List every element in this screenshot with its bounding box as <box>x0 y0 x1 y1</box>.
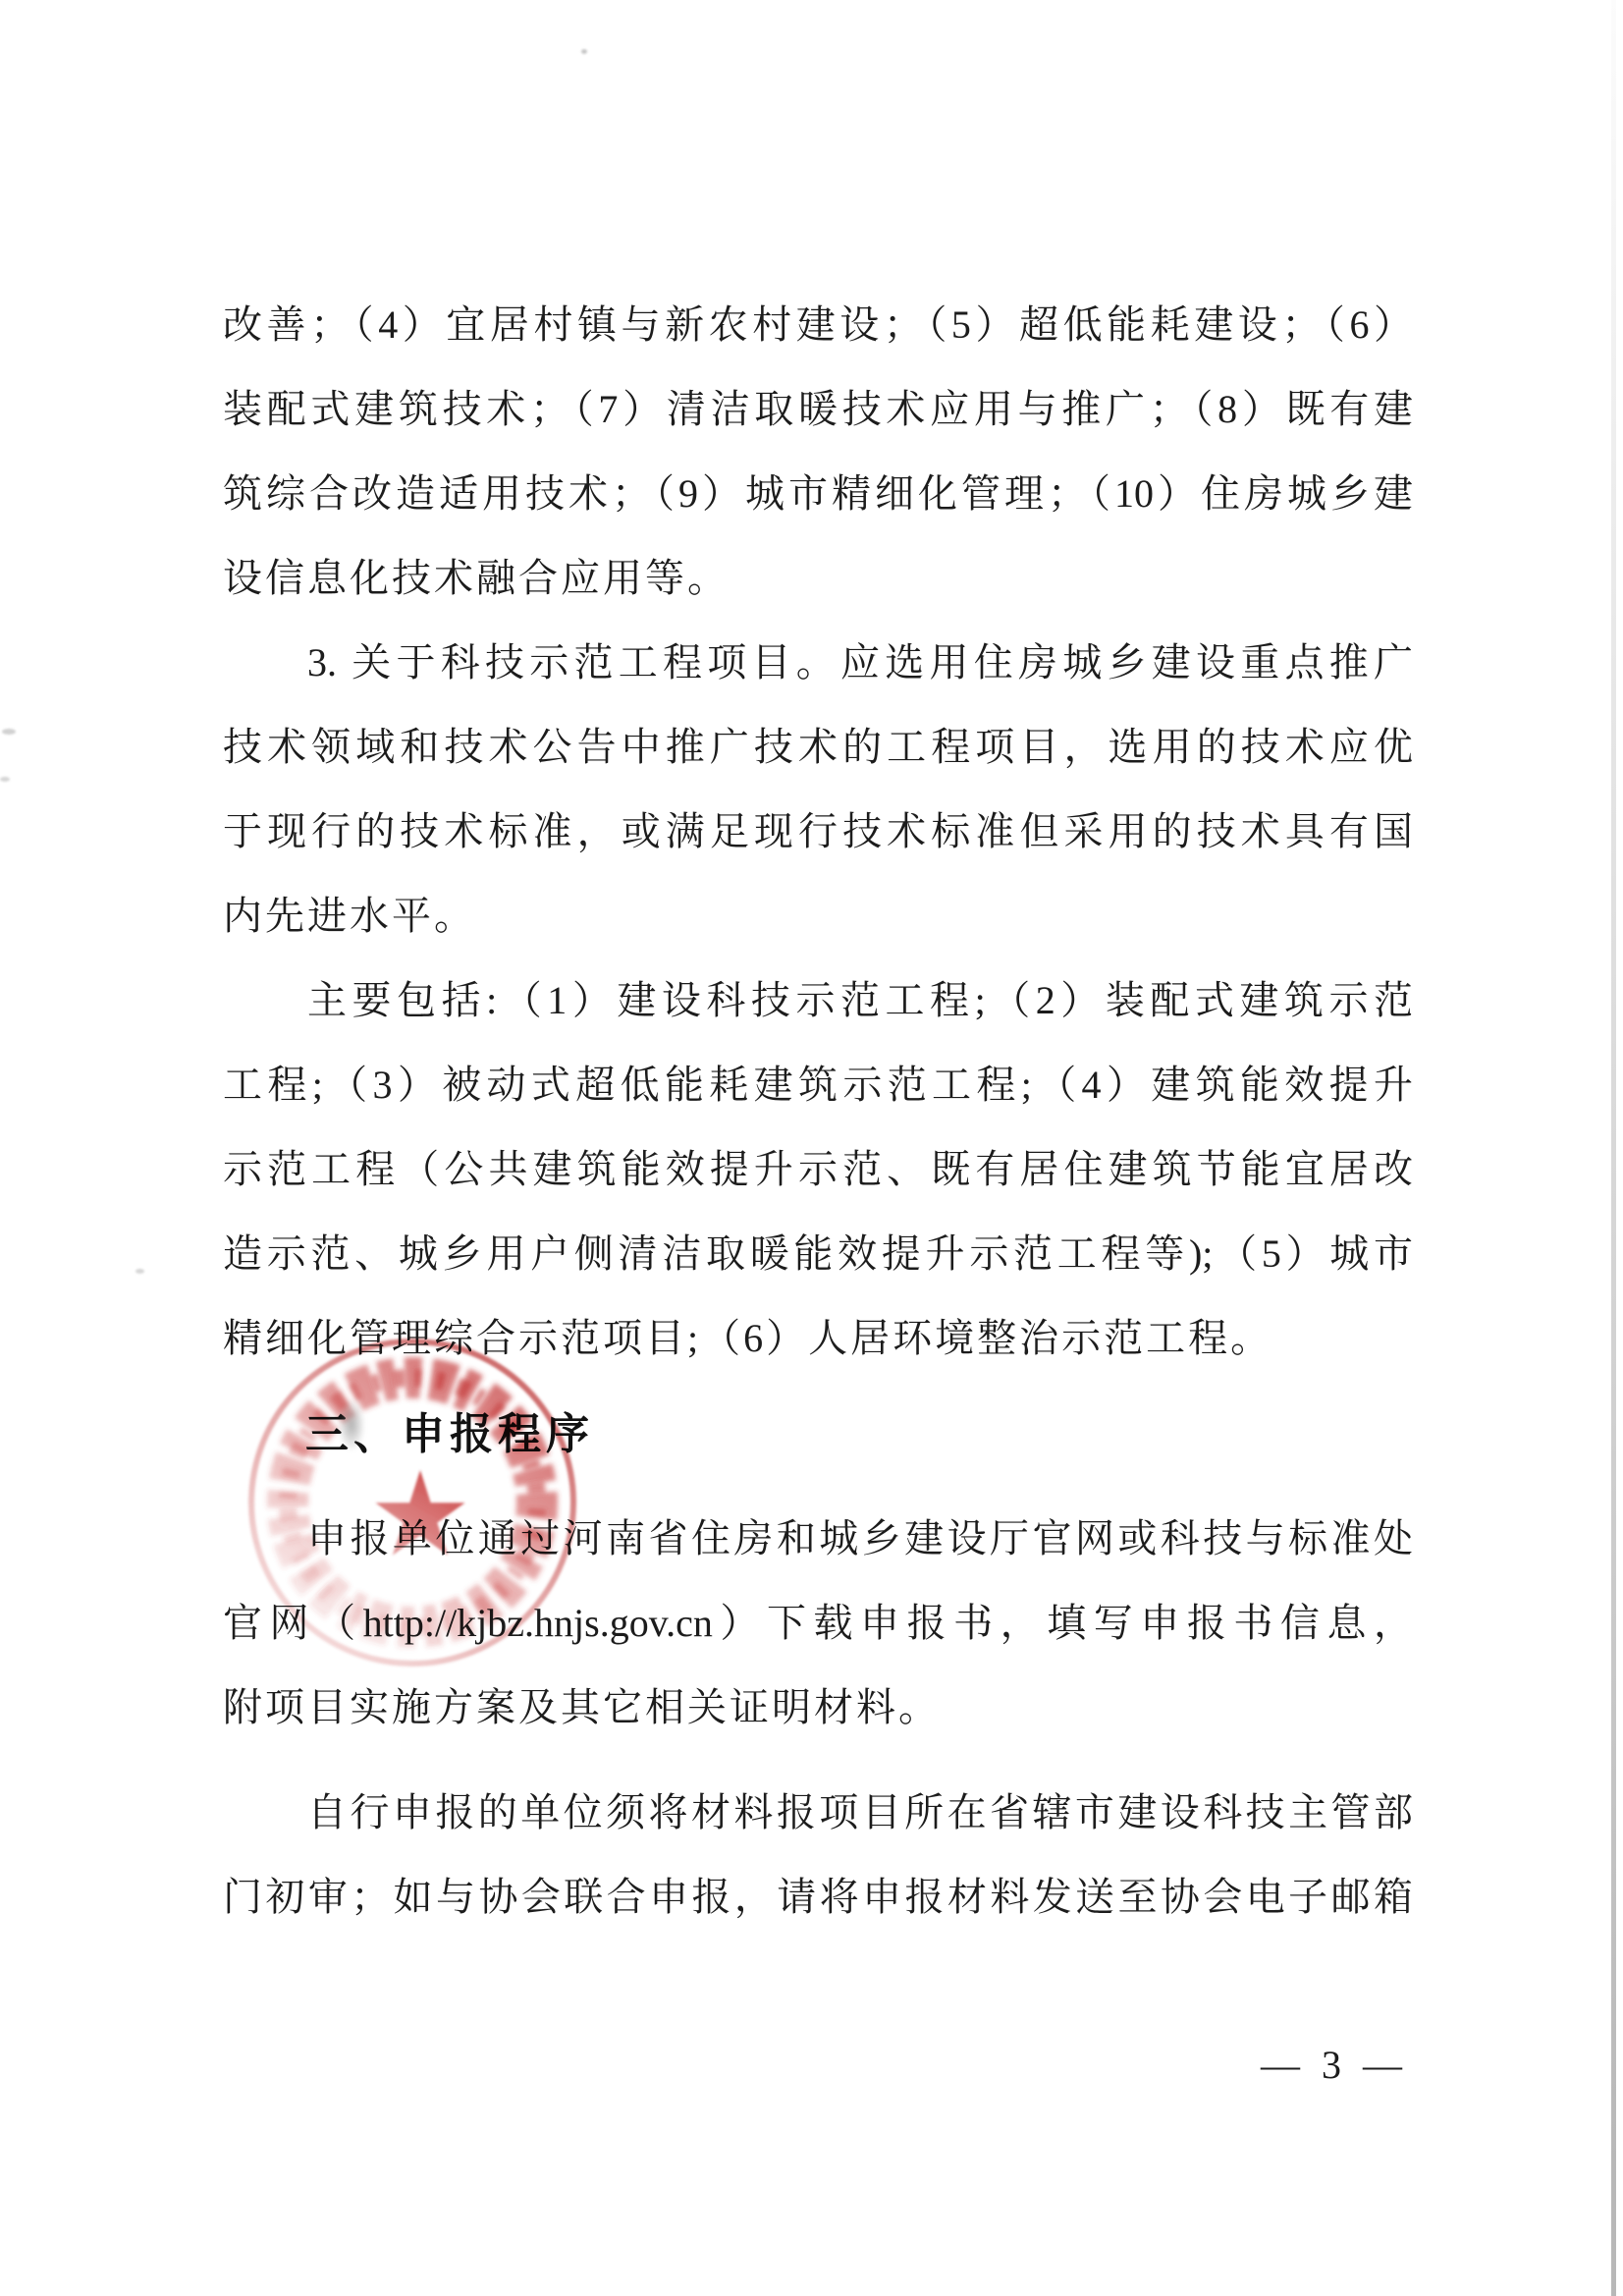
document-body: 改善；（4）宜居村镇与新农村建设；（5）超低能耗建设；（6） 装配式建筑技术；（… <box>223 283 1413 1940</box>
text-line-12: 造示范、城乡用户侧清洁取暖能效提升示范工程等);（5）城市 <box>223 1212 1413 1296</box>
scanned-document-page: { "doc": { "lines": [ "改善；（4）宜居村镇与新农村建设；… <box>0 0 1623 2296</box>
scan-speck <box>581 49 587 54</box>
text-line-10: 工程;（3）被动式超低能耗建筑示范工程;（4）建筑能效提升 <box>223 1043 1413 1127</box>
scan-speck <box>135 1269 144 1274</box>
section-heading-application-procedure: 三、申报程序 <box>223 1393 1413 1477</box>
text-line-14: 申报单位通过河南省住房和城乡建设厅官网或科技与标准处 <box>223 1497 1413 1581</box>
scan-edge-shadow <box>1611 0 1616 2296</box>
text-line-09: 主要包括:（1）建设科技示范工程;（2）装配式建筑示范 <box>223 958 1413 1043</box>
pencil-smudge <box>338 1398 365 1451</box>
text-line-04: 设信息化技术融合应用等。 <box>223 536 1413 621</box>
text-line-06: 技术领域和技术公告中推广技术的工程项目，选用的技术应优 <box>223 705 1413 790</box>
text-line-02: 装配式建筑技术；（7）清洁取暖技术应用与推广；（8）既有建 <box>223 367 1413 452</box>
text-line-01: 改善；（4）宜居村镇与新农村建设；（5）超低能耗建设；（6） <box>223 283 1413 367</box>
text-line-08: 内先进水平。 <box>223 874 1413 958</box>
text-line-11: 示范工程（公共建筑能效提升示范、既有居住建筑节能宜居改 <box>223 1127 1413 1212</box>
text-line-05: 3. 关于科技示范工程项目。应选用住房城乡建设重点推广 <box>223 621 1413 705</box>
text-line-13: 精细化管理综合示范项目;（6）人居环境整治示范工程。 <box>223 1296 1413 1381</box>
text-line-18: 门初审；如与协会联合申报，请将申报材料发送至协会电子邮箱 <box>223 1855 1413 1940</box>
text-line-07: 于现行的技术标准，或满足现行技术标准但采用的技术具有国 <box>223 790 1413 874</box>
scan-speck <box>0 777 10 782</box>
text-line-03: 筑综合改造适用技术；（9）城市精细化管理；（10）住房城乡建 <box>223 452 1413 536</box>
page-number: — 3 — <box>1261 2043 1408 2088</box>
text-line-17: 自行申报的单位须将材料报项目所在省辖市建设科技主管部 <box>223 1771 1413 1855</box>
scan-speck <box>2 729 16 735</box>
text-line-15-with-url: 官网（http://kjbz.hnjs.gov.cn）下载申报书，填写申报书信息… <box>223 1581 1413 1666</box>
text-line-16: 附项目实施方案及其它相关证明材料。 <box>223 1666 1413 1750</box>
